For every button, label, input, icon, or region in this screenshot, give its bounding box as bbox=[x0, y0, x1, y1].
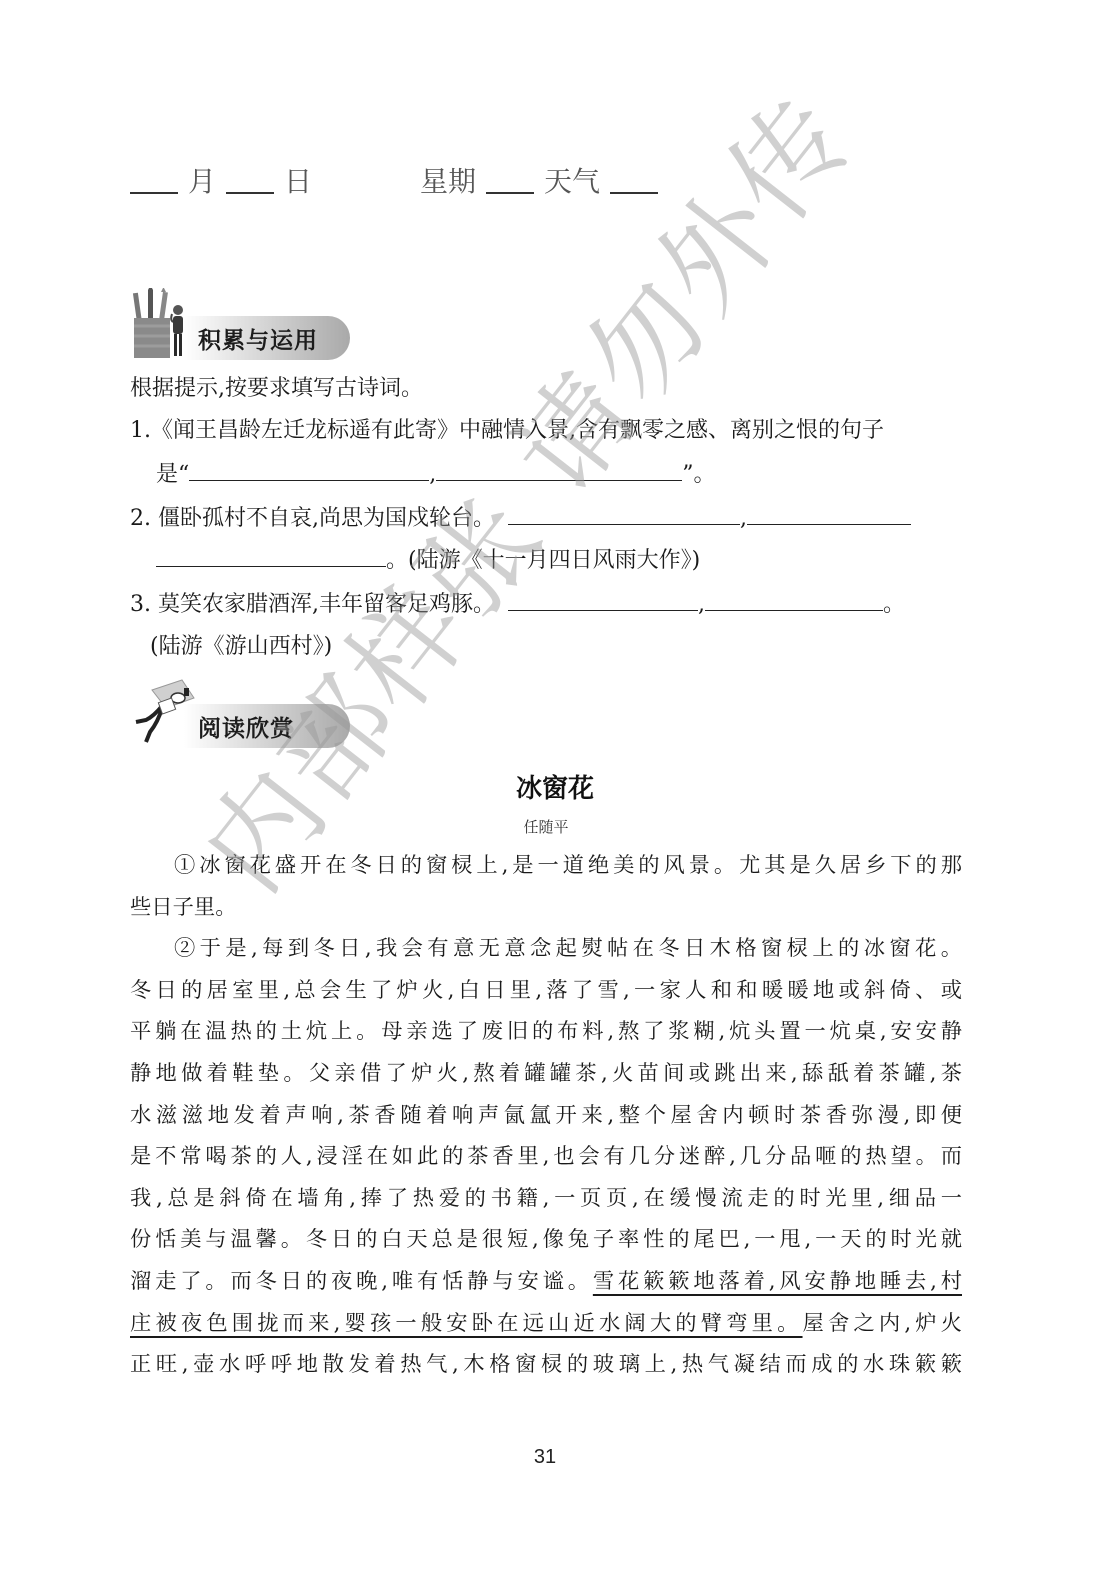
paragraph-2-line: 正旺,壶水呼呼地散发着热气,木格窗棂的玻璃上,热气凝结而成的水珠簌簌 bbox=[130, 1344, 962, 1386]
q1-suffix: ”。 bbox=[682, 462, 715, 487]
month-blank[interactable] bbox=[130, 191, 178, 194]
section-banner-reading: 阅读欣赏 bbox=[132, 676, 352, 746]
banner-title: 积累与运用 bbox=[198, 322, 318, 355]
article-author: 任随平 bbox=[0, 816, 1092, 837]
q1-prefix: 是“ bbox=[156, 462, 189, 487]
q2-answer-blank-3[interactable] bbox=[156, 540, 386, 567]
page-number: 31 bbox=[0, 1446, 1090, 1469]
underlined-sentence: 雪花簌簌地落着,风安静地睡去,村 bbox=[593, 1269, 962, 1294]
q2-source: 。(陆游《十一月四日风雨大作》) bbox=[386, 548, 700, 573]
reading-boy-icon bbox=[132, 676, 204, 748]
weekday-blank[interactable] bbox=[486, 191, 534, 194]
paragraph-2-line: 冬日的居室里,总会生了炉火,白日里,落了雪,一家人和和暖暖地或斜倚、或 bbox=[130, 970, 962, 1012]
question-2-line-1: 2. 僵卧孤村不自哀,尚思为国戍轮台。 , bbox=[130, 498, 911, 540]
question-3-line-1: 3. 莫笑农家腊酒浑,丰年留客足鸡豚。 ,。 bbox=[130, 584, 905, 626]
question-3-source: (陆游《游山西村》) bbox=[150, 626, 332, 668]
q3-text: 3. 莫笑农家腊酒浑,丰年留客足鸡豚。 bbox=[130, 592, 495, 617]
weekday-label: 星期 bbox=[420, 160, 476, 200]
month-label: 月 bbox=[188, 160, 216, 200]
paragraph-1-line: 些日子里。 bbox=[130, 887, 962, 929]
pencil-cup-and-girl-icon bbox=[132, 288, 202, 360]
q3-comma: , bbox=[698, 592, 705, 617]
weather-label: 天气 bbox=[544, 160, 600, 200]
q1-answer-blank-2[interactable] bbox=[436, 454, 682, 481]
underlined-sentence: 庄被夜色围拢而来,婴孩一般安卧在远山近水阔大的臂弯里。 bbox=[130, 1311, 803, 1336]
question-1-text: 1.《闻王昌龄左迁龙标遥有此寄》中融情入景,含有飘零之感、离别之恨的句子 bbox=[130, 410, 884, 452]
date-header: 月 日 星期 天气 bbox=[130, 160, 668, 200]
plain-text: 溜走了。而冬日的夜晚,唯有恬静与安谧。 bbox=[130, 1269, 593, 1294]
paragraph-2-line: 份恬美与温馨。冬日的白天总是很短,像兔子率性的尾巴,一甩,一天的时光就 bbox=[130, 1219, 962, 1261]
plain-text: 屋舍之内,炉火 bbox=[803, 1311, 962, 1336]
q1-comma: , bbox=[429, 462, 436, 487]
banner-title: 阅读欣赏 bbox=[198, 710, 294, 743]
q3-answer-blank-2[interactable] bbox=[705, 584, 883, 611]
paragraph-1-line: ①冰窗花盛开在冬日的窗棂上,是一道绝美的风景。尤其是久居乡下的那 bbox=[130, 845, 962, 887]
paragraph-2-line: 静地做着鞋垫。父亲借了炉火,熬着罐罐茶,火苗间或跳出来,舔舐着茶罐,茶 bbox=[130, 1053, 962, 1095]
q2-answer-blank-1[interactable] bbox=[508, 498, 740, 525]
instruction: 根据提示,按要求填写古诗词。 bbox=[130, 368, 423, 410]
q2-text: 2. 僵卧孤村不自哀,尚思为国戍轮台。 bbox=[130, 506, 495, 531]
paragraph-2-line: 水滋滋地发着声响,茶香随着响声氤氲开来,整个屋舍内顿时茶香弥漫,即便 bbox=[130, 1095, 962, 1137]
question-2-line-2: 。(陆游《十一月四日风雨大作》) bbox=[156, 540, 700, 582]
question-1-answer-line: 是“,”。 bbox=[156, 454, 716, 496]
q2-comma: , bbox=[740, 506, 747, 531]
weather-blank[interactable] bbox=[610, 191, 658, 194]
paragraph-2-line: 是不常喝茶的人,浸淫在如此的茶香里,也会有几分迷醉,几分品咂的热望。而 bbox=[130, 1136, 962, 1178]
section-banner-accumulation: 积累与运用 bbox=[132, 288, 352, 358]
q1-answer-blank-1[interactable] bbox=[189, 454, 429, 481]
day-blank[interactable] bbox=[226, 191, 274, 194]
q3-end: 。 bbox=[883, 592, 905, 617]
day-label: 日 bbox=[284, 160, 312, 200]
paragraph-2-line-with-underline: 溜走了。而冬日的夜晚,唯有恬静与安谧。雪花簌簌地落着,风安静地睡去,村 bbox=[130, 1261, 962, 1303]
paragraph-2-line: 平躺在温热的土炕上。母亲选了废旧的布料,熬了浆糊,炕头置一炕桌,安安静 bbox=[130, 1011, 962, 1053]
q3-answer-blank-1[interactable] bbox=[508, 584, 698, 611]
article-title: 冰窗花 bbox=[0, 768, 1110, 805]
article-body: ①冰窗花盛开在冬日的窗棂上,是一道绝美的风景。尤其是久居乡下的那 些日子里。 ②… bbox=[130, 845, 962, 1386]
paragraph-2-line-with-underline: 庄被夜色围拢而来,婴孩一般安卧在远山近水阔大的臂弯里。屋舍之内,炉火 bbox=[130, 1303, 962, 1345]
paragraph-2-line: 我,总是斜倚在墙角,捧了热爱的书籍,一页页,在缓慢流走的时光里,细品一 bbox=[130, 1178, 962, 1220]
paragraph-2-line: ②于是,每到冬日,我会有意无意念起熨帖在冬日木格窗棂上的冰窗花。 bbox=[130, 928, 962, 970]
q2-answer-blank-2[interactable] bbox=[747, 498, 911, 525]
